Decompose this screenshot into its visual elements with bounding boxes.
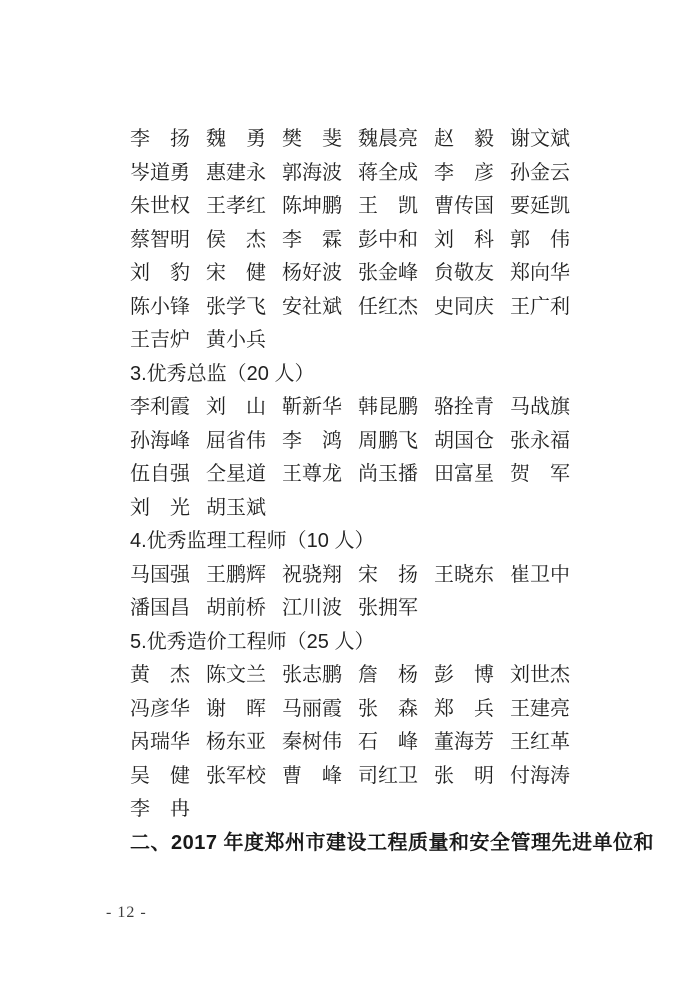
person-name: 石 峰 — [358, 726, 418, 760]
person-name: 周鹏飞 — [358, 425, 418, 459]
person-name: 马国强 — [130, 559, 190, 593]
person-name: 郑 兵 — [434, 693, 494, 727]
person-name: 尚玉播 — [358, 458, 418, 492]
person-name: 江川波 — [282, 592, 342, 626]
person-name: 刘世杰 — [510, 659, 570, 693]
person-name: 樊 斐 — [282, 123, 342, 157]
person-name: 胡玉斌 — [206, 492, 266, 526]
person-name: 刘 光 — [130, 492, 190, 526]
person-name: 李利霞 — [130, 391, 190, 425]
person-name: 宋 健 — [206, 257, 266, 291]
person-name: 李 扬 — [130, 123, 190, 157]
person-name: 贠敬友 — [434, 257, 494, 291]
person-name: 郭海波 — [282, 157, 342, 191]
person-name: 吴 健 — [130, 760, 190, 794]
names-row: 王吉炉黄小兵 — [130, 324, 655, 358]
person-name: 司红卫 — [358, 760, 418, 794]
names-row: 陈小锋张学飞安社斌任红杰史同庆王广利 — [130, 291, 655, 325]
person-name: 侯 杰 — [206, 224, 266, 258]
person-name: 蔡智明 — [130, 224, 190, 258]
person-name: 谢文斌 — [510, 123, 570, 157]
names-row: 潘国昌胡前桥江川波张拥军 — [130, 592, 655, 626]
person-name: 郑向华 — [510, 257, 570, 291]
person-name: 彭 博 — [434, 659, 494, 693]
names-row: 李利霞刘 山靳新华韩昆鹏骆拴青马战旗 — [130, 391, 655, 425]
names-row: 蔡智明侯 杰李 霖彭中和刘 科郭 伟 — [130, 224, 655, 258]
person-name: 祝骁翔 — [282, 559, 342, 593]
person-name: 仝星道 — [206, 458, 266, 492]
person-name: 詹 杨 — [358, 659, 418, 693]
person-name: 魏晨亮 — [358, 123, 418, 157]
person-name: 付海涛 — [510, 760, 570, 794]
person-name: 张金峰 — [358, 257, 418, 291]
person-name: 李 彦 — [434, 157, 494, 191]
person-name: 黄小兵 — [206, 324, 266, 358]
person-name: 郭 伟 — [510, 224, 570, 258]
person-name: 马丽霞 — [282, 693, 342, 727]
names-row: 马国强王鹏辉祝骁翔宋 扬王晓东崔卫中 — [130, 559, 655, 593]
document-blocks: 李 扬魏 勇樊 斐魏晨亮赵 毅谢文斌岑道勇惠建永郭海波蒋全成李 彦孙金云朱世权王… — [130, 123, 655, 860]
person-name: 张学飞 — [206, 291, 266, 325]
person-name: 孙金云 — [510, 157, 570, 191]
person-name: 杨东亚 — [206, 726, 266, 760]
person-name: 胡国仓 — [434, 425, 494, 459]
person-name: 曹传国 — [434, 190, 494, 224]
names-row: 刘 光胡玉斌 — [130, 492, 655, 526]
names-row: 岑道勇惠建永郭海波蒋全成李 彦孙金云 — [130, 157, 655, 191]
paragraph-heading-bold: 二、2017 年度郑州市建设工程质量和安全管理先进单位和 — [130, 827, 655, 861]
person-name: 张志鹏 — [282, 659, 342, 693]
names-row: 孙海峰屈省伟李 鸿周鹏飞胡国仓张永福 — [130, 425, 655, 459]
person-name: 王尊龙 — [282, 458, 342, 492]
person-name: 安社斌 — [282, 291, 342, 325]
person-name: 韩昆鹏 — [358, 391, 418, 425]
page-number: - 12 - — [106, 904, 147, 922]
person-name: 张永福 — [510, 425, 570, 459]
person-name: 王吉炉 — [130, 324, 190, 358]
person-name: 陈小锋 — [130, 291, 190, 325]
person-name: 彭中和 — [358, 224, 418, 258]
person-name: 靳新华 — [282, 391, 342, 425]
person-name: 李 霖 — [282, 224, 342, 258]
person-name: 王红革 — [510, 726, 570, 760]
names-row: 李 扬魏 勇樊 斐魏晨亮赵 毅谢文斌 — [130, 123, 655, 157]
person-name: 潘国昌 — [130, 592, 190, 626]
section-heading: 4.优秀监理工程师（10 人） — [130, 525, 655, 559]
person-name: 黄 杰 — [130, 659, 190, 693]
person-name: 王建亮 — [510, 693, 570, 727]
person-name: 赵 毅 — [434, 123, 494, 157]
person-name: 王 凯 — [358, 190, 418, 224]
person-name: 张军校 — [206, 760, 266, 794]
person-name: 曹 峰 — [282, 760, 342, 794]
person-name: 李 冉 — [130, 793, 190, 827]
person-name: 蒋全成 — [358, 157, 418, 191]
person-name: 冯彦华 — [130, 693, 190, 727]
names-row: 冯彦华谢 晖马丽霞张 森郑 兵王建亮 — [130, 693, 655, 727]
person-name: 贺 军 — [510, 458, 570, 492]
person-name: 张 明 — [434, 760, 494, 794]
person-name: 董海芳 — [434, 726, 494, 760]
person-name: 要延凯 — [510, 190, 570, 224]
person-name: 魏 勇 — [206, 123, 266, 157]
person-name: 刘 山 — [206, 391, 266, 425]
document-page: 李 扬魏 勇樊 斐魏晨亮赵 毅谢文斌岑道勇惠建永郭海波蒋全成李 彦孙金云朱世权王… — [0, 0, 700, 991]
person-name: 伍自强 — [130, 458, 190, 492]
person-name: 崔卫中 — [510, 559, 570, 593]
person-name: 谢 晖 — [206, 693, 266, 727]
person-name: 刘 豹 — [130, 257, 190, 291]
person-name: 骆拴青 — [434, 391, 494, 425]
person-name: 呙瑞华 — [130, 726, 190, 760]
person-name: 陈坤鹏 — [282, 190, 342, 224]
names-row: 呙瑞华杨东亚秦树伟石 峰董海芳王红革 — [130, 726, 655, 760]
person-name: 惠建永 — [206, 157, 266, 191]
person-name: 马战旗 — [510, 391, 570, 425]
names-row: 黄 杰陈文兰张志鹏詹 杨彭 博刘世杰 — [130, 659, 655, 693]
names-row: 吴 健张军校曹 峰司红卫张 明付海涛 — [130, 760, 655, 794]
person-name: 王鹏辉 — [206, 559, 266, 593]
person-name: 孙海峰 — [130, 425, 190, 459]
person-name: 宋 扬 — [358, 559, 418, 593]
person-name: 陈文兰 — [206, 659, 266, 693]
section-heading: 5.优秀造价工程师（25 人） — [130, 626, 655, 660]
person-name: 刘 科 — [434, 224, 494, 258]
names-row: 刘 豹宋 健杨好波张金峰贠敬友郑向华 — [130, 257, 655, 291]
names-row: 伍自强仝星道王尊龙尚玉播田富星贺 军 — [130, 458, 655, 492]
person-name: 张 森 — [358, 693, 418, 727]
person-name: 朱世权 — [130, 190, 190, 224]
person-name: 李 鸿 — [282, 425, 342, 459]
person-name: 屈省伟 — [206, 425, 266, 459]
person-name: 田富星 — [434, 458, 494, 492]
person-name: 王晓东 — [434, 559, 494, 593]
person-name: 张拥军 — [358, 592, 418, 626]
person-name: 史同庆 — [434, 291, 494, 325]
person-name: 岑道勇 — [130, 157, 190, 191]
person-name: 秦树伟 — [282, 726, 342, 760]
names-row: 朱世权王孝红陈坤鹏王 凯曹传国要延凯 — [130, 190, 655, 224]
person-name: 王广利 — [510, 291, 570, 325]
section-heading: 3.优秀总监（20 人） — [130, 358, 655, 392]
person-name: 任红杰 — [358, 291, 418, 325]
names-row: 李 冉 — [130, 793, 655, 827]
person-name: 胡前桥 — [206, 592, 266, 626]
person-name: 杨好波 — [282, 257, 342, 291]
person-name: 王孝红 — [206, 190, 266, 224]
